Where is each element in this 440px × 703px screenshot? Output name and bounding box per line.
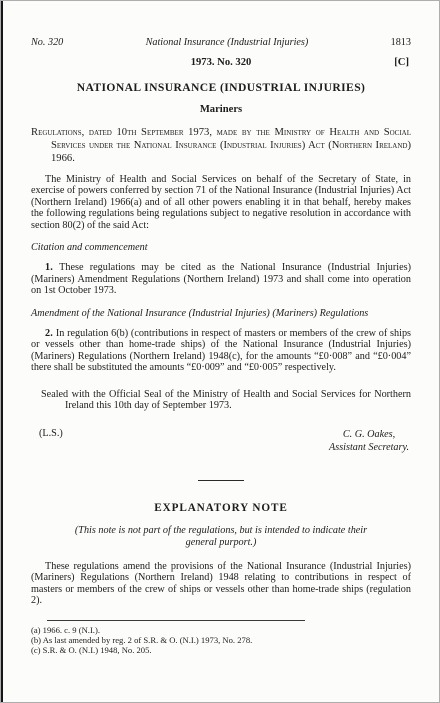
enacting-paragraph: The Ministry of Health and Social Servic… xyxy=(31,174,411,231)
page-number: 1813 xyxy=(391,37,411,48)
seal-mark: (L.S.) xyxy=(39,428,63,439)
signatory-role: Assistant Secretary. xyxy=(329,441,409,454)
section-divider-rule xyxy=(198,480,244,481)
signature-row: (L.S.) C. G. Oakes, Assistant Secretary. xyxy=(31,428,411,454)
document-subtitle: Mariners xyxy=(31,104,411,115)
footnote-rule xyxy=(47,620,305,621)
signatory-name: C. G. Oakes, xyxy=(329,428,409,441)
running-title: National Insurance (Industrial Injuries) xyxy=(146,37,309,48)
regulation-2-text: In regulation 6(b) (contributions in res… xyxy=(31,328,411,373)
preamble: Regulations, dated 10th September 1973, … xyxy=(31,126,411,165)
regulation-2: 2. In regulation 6(b) (contributions in … xyxy=(31,328,411,374)
section-heading-citation: Citation and commencement xyxy=(31,242,411,253)
page-binding-edge xyxy=(1,1,3,702)
regulation-1: 1. These regulations may be cited as the… xyxy=(31,262,411,296)
regulation-1-number: 1. xyxy=(45,262,53,273)
scanned-document-page: No. 320 National Insurance (Industrial I… xyxy=(0,0,440,703)
explanatory-note-body: These regulations amend the provisions o… xyxy=(31,561,411,607)
document-content: No. 320 National Insurance (Industrial I… xyxy=(1,1,439,655)
instrument-year-number: 1973. No. 320 xyxy=(191,57,252,68)
sealing-clause: Sealed with the Official Seal of the Min… xyxy=(31,389,411,412)
document-title: NATIONAL INSURANCE (INDUSTRIAL INJURIES) xyxy=(31,81,411,94)
explanatory-note-heading: EXPLANATORY NOTE xyxy=(31,502,411,514)
section-heading-amendment: Amendment of the National Insurance (Ind… xyxy=(31,308,411,319)
instrument-number: No. 320 xyxy=(31,37,63,48)
regulation-1-text: These regulations may be cited as the Na… xyxy=(31,262,411,296)
classification-mark: [C] xyxy=(394,57,409,68)
footnote-c: (c) S.R. & O. (N.I.) 1948, No. 205. xyxy=(31,646,411,656)
explanatory-note-caption: (This note is not part of the regulation… xyxy=(66,525,376,550)
instrument-line: 1973. No. 320 [C] xyxy=(31,57,411,68)
signature-block: C. G. Oakes, Assistant Secretary. xyxy=(329,428,409,454)
running-header: No. 320 National Insurance (Industrial I… xyxy=(31,37,411,48)
regulation-2-number: 2. xyxy=(45,328,53,339)
footnotes: (a) 1966. c. 9 (N.I.). (b) As last amend… xyxy=(31,626,411,655)
